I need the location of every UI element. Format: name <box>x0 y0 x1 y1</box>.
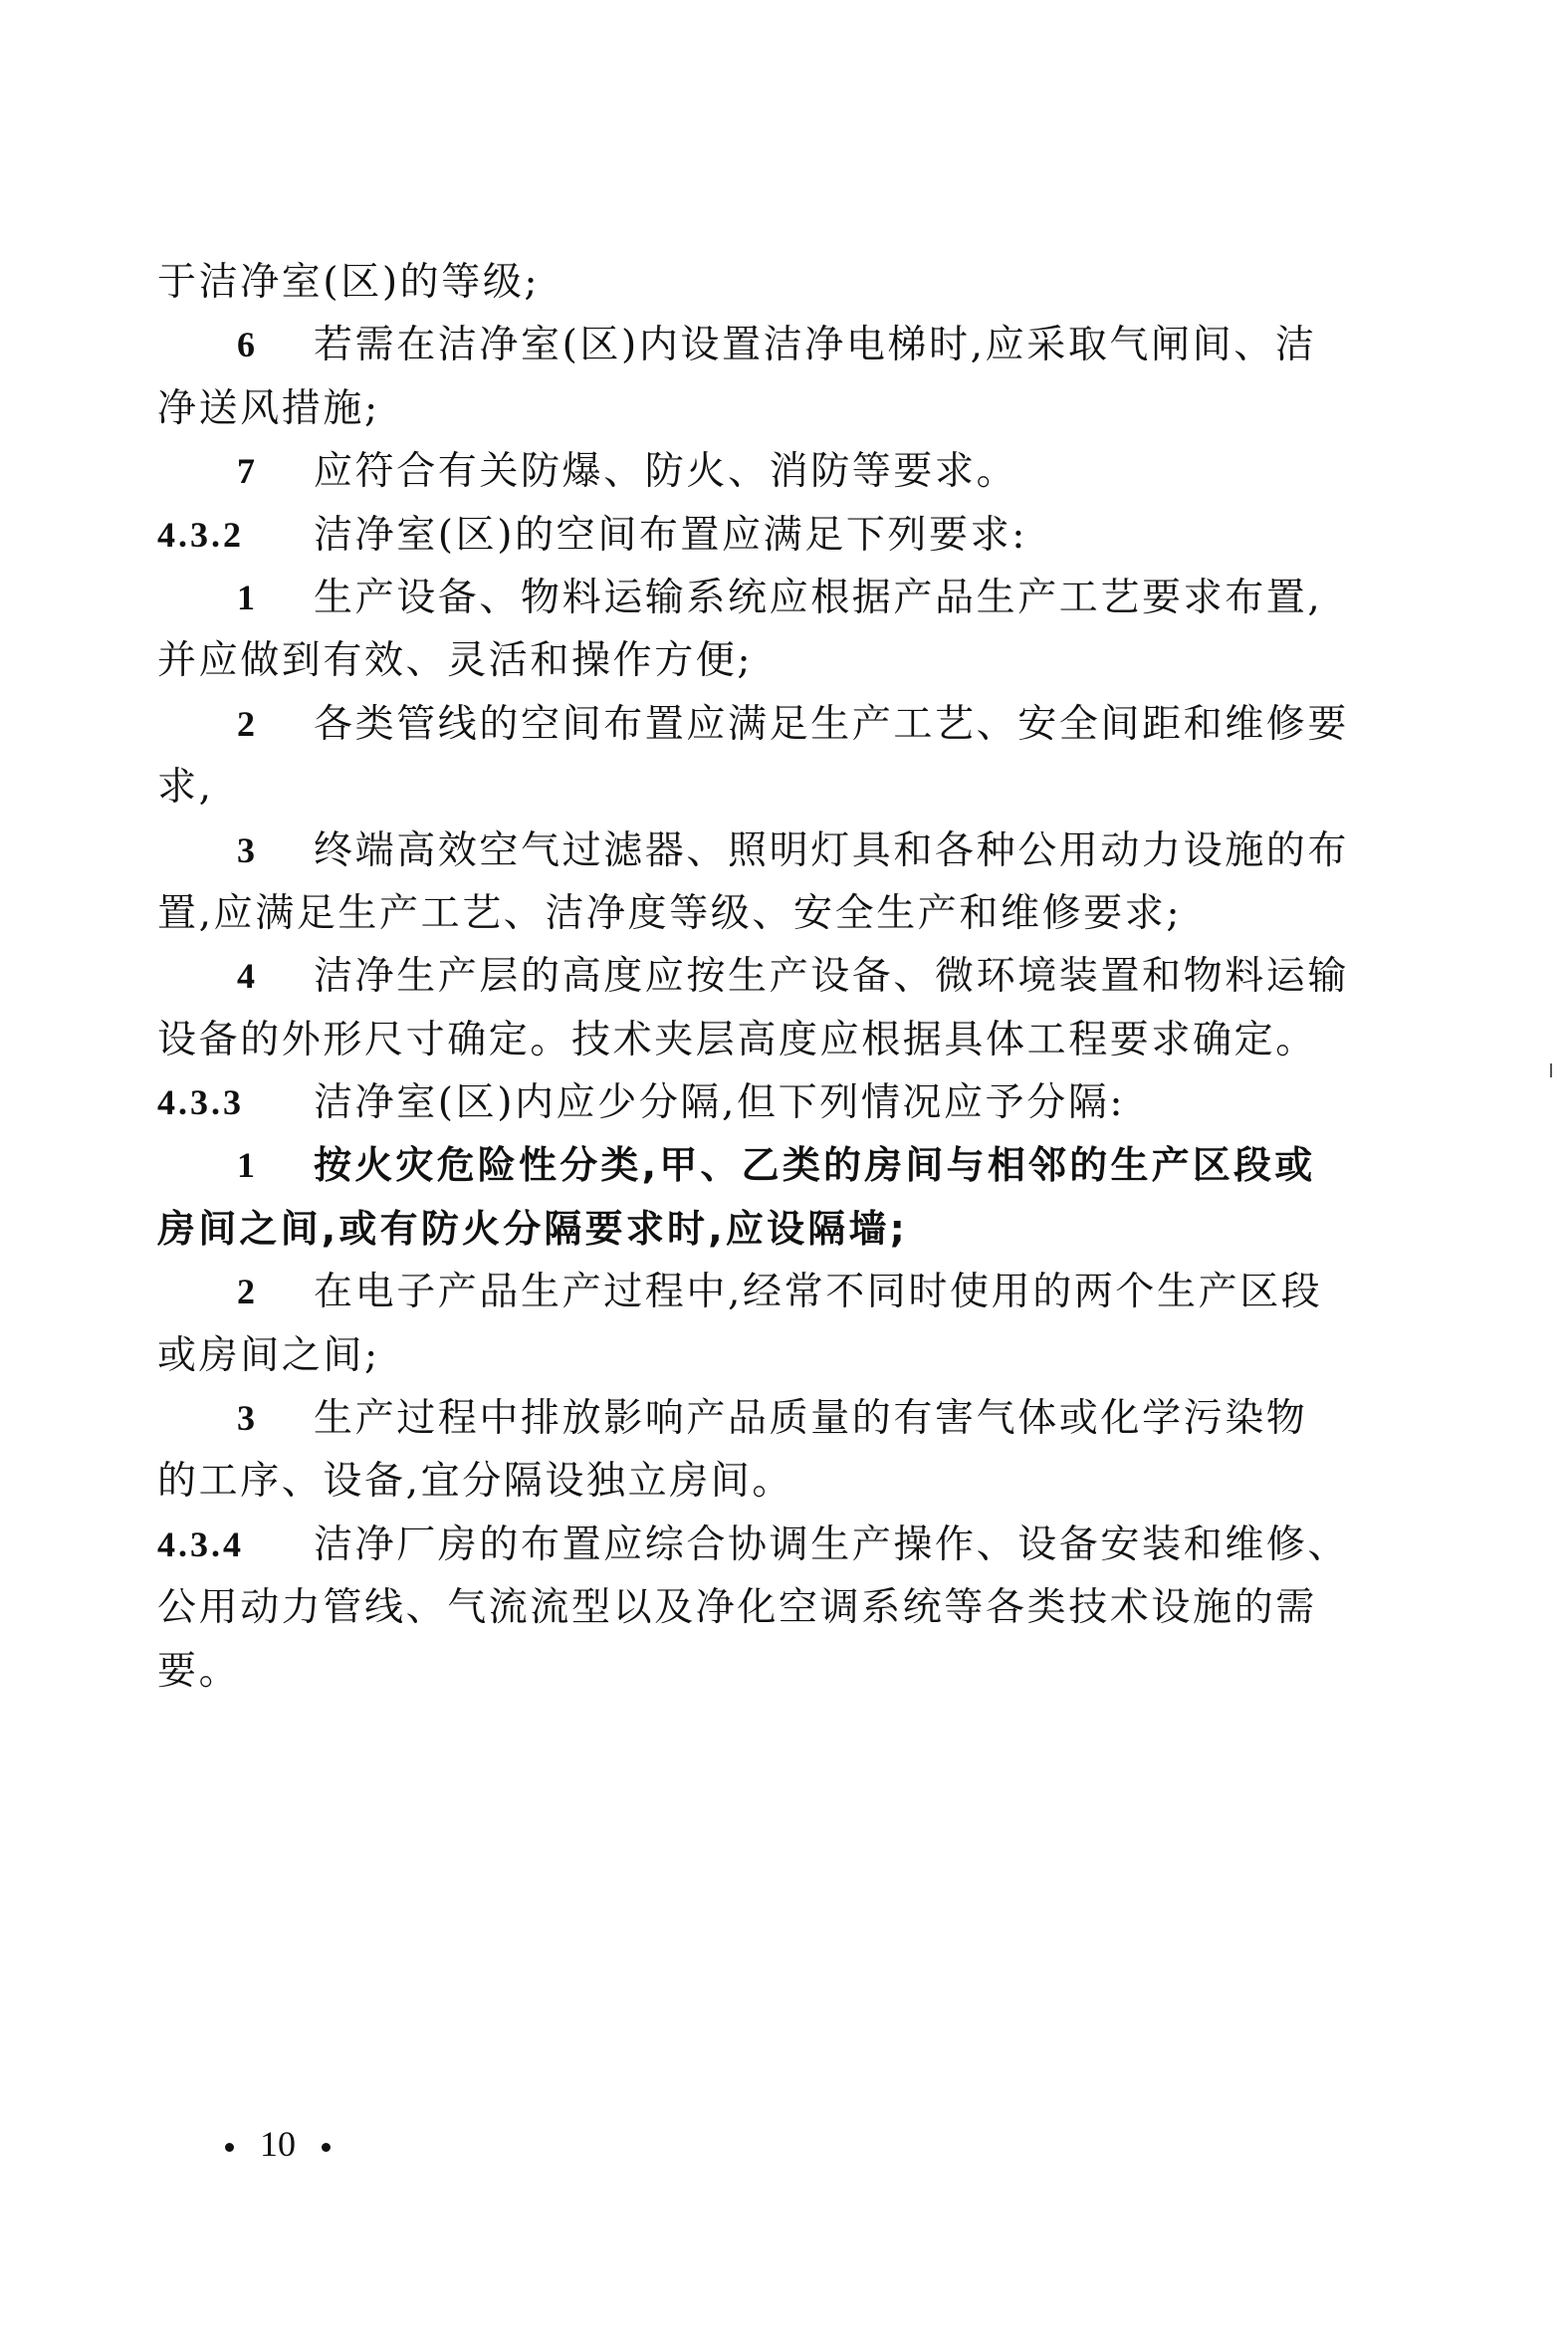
paragraph-continuation-line-mandatory: 房间之间,或有防火分隔要求时,应设隔墙; <box>157 1198 1364 1261</box>
item-number: 2 <box>237 1261 277 1323</box>
line-text: 终端高效空气过滤器、照明灯具和各种公用动力设施的布 <box>314 820 1349 882</box>
list-item-line: 6 若需在洁净室(区)内设置洁净电梯时,应采取气闸间、洁 <box>157 314 1364 376</box>
list-item-line: 3 生产过程中排放影响产品质量的有害气体或化学污染物 <box>157 1387 1364 1450</box>
line-text: 并应做到有效、灵活和操作方便; <box>157 629 753 692</box>
paragraph-continuation-line: 于洁净室(区)的等级; <box>157 251 1364 314</box>
paragraph-continuation-line: 设备的外形尺寸确定。技术夹层高度应根据具体工程要求确定。 <box>157 1009 1364 1071</box>
line-text: 生产设备、物料运输系统应根据产品生产工艺要求布置, <box>314 567 1322 629</box>
list-item-line: 4 洁净生产层的高度应按生产设备、微环境装置和物料运输 <box>157 945 1364 1008</box>
line-text: 求, <box>157 756 214 819</box>
text-block: 于洁净室(区)的等级; 6 若需在洁净室(区)内设置洁净电梯时,应采取气闸间、洁… <box>157 251 1364 1703</box>
list-item-line: 2 各类管线的空间布置应满足生产工艺、安全间距和维修要 <box>157 693 1364 756</box>
line-text: 要。 <box>157 1640 240 1703</box>
item-number: 3 <box>237 820 277 882</box>
page-number: 10 <box>260 2124 296 2164</box>
list-item-line: 1 生产设备、物料运输系统应根据产品生产工艺要求布置, <box>157 567 1364 629</box>
line-text: 洁净室(区)的空间布置应满足下列要求: <box>314 504 1027 567</box>
line-text: 于洁净室(区)的等级; <box>157 251 540 314</box>
line-text: 设备的外形尺寸确定。技术夹层高度应根据具体工程要求确定。 <box>157 1009 1317 1071</box>
item-number: 3 <box>237 1387 277 1450</box>
line-text: 在电子产品生产过程中,经常不同时使用的两个生产区段 <box>314 1261 1322 1323</box>
document-page: 于洁净室(区)的等级; 6 若需在洁净室(区)内设置洁净电梯时,应采取气闸间、洁… <box>0 0 1568 2347</box>
paragraph-continuation-line: 公用动力管线、气流流型以及净化空调系统等各类技术设施的需 <box>157 1576 1364 1639</box>
clause-heading-line: 4.3.4 洁净厂房的布置应综合协调生产操作、设备安装和维修、 <box>157 1514 1364 1576</box>
line-text: 洁净生产层的高度应按生产设备、微环境装置和物料运输 <box>314 945 1349 1008</box>
line-text-bold: 房间之间,或有防火分隔要求时,应设隔墙; <box>157 1198 908 1261</box>
paragraph-continuation-line: 或房间之间; <box>157 1324 1364 1387</box>
paragraph-continuation-line: 净送风措施; <box>157 377 1364 440</box>
line-text: 公用动力管线、气流流型以及净化空调系统等各类技术设施的需 <box>157 1576 1317 1639</box>
item-number: 4 <box>237 945 277 1008</box>
line-text: 应符合有关防爆、防火、消防等要求。 <box>314 440 1017 503</box>
paragraph-continuation-line: 要。 <box>157 1640 1364 1703</box>
item-number: 7 <box>237 440 277 503</box>
line-text: 或房间之间; <box>157 1324 380 1387</box>
list-item-line: 2 在电子产品生产过程中,经常不同时使用的两个生产区段 <box>157 1261 1364 1323</box>
line-text: 生产过程中排放影响产品质量的有害气体或化学污染物 <box>314 1387 1307 1450</box>
line-text: 的工序、设备,宜分隔设独立房间。 <box>157 1450 793 1513</box>
list-item-line: 3 终端高效空气过滤器、照明灯具和各种公用动力设施的布 <box>157 820 1364 882</box>
list-item-line-mandatory: 1 按火灾危险性分类,甲、乙类的房间与相邻的生产区段或 <box>157 1134 1364 1197</box>
clause-number: 4.3.3 <box>157 1071 277 1134</box>
item-number: 6 <box>237 314 277 376</box>
line-text-bold: 按火灾危险性分类,甲、乙类的房间与相邻的生产区段或 <box>314 1134 1315 1197</box>
line-text: 置,应满足生产工艺、洁净度等级、安全生产和维修要求; <box>157 882 1182 945</box>
line-text: 各类管线的空间布置应满足生产工艺、安全间距和维修要 <box>314 693 1349 756</box>
line-text: 洁净室(区)内应少分隔,但下列情况应予分隔: <box>314 1071 1125 1134</box>
scan-artifact-mark <box>1550 1063 1552 1077</box>
paragraph-continuation-line: 求, <box>157 756 1364 819</box>
item-number: 2 <box>237 693 277 756</box>
clause-number: 4.3.4 <box>157 1514 277 1576</box>
page-number-footer: 10 <box>199 2119 356 2169</box>
clause-number: 4.3.2 <box>157 504 277 567</box>
list-item-line: 7 应符合有关防爆、防火、消防等要求。 <box>157 440 1364 503</box>
item-number: 1 <box>237 1134 277 1197</box>
clause-heading-line: 4.3.3 洁净室(区)内应少分隔,但下列情况应予分隔: <box>157 1071 1364 1134</box>
line-text: 若需在洁净室(区)内设置洁净电梯时,应采取气闸间、洁 <box>314 314 1316 376</box>
paragraph-continuation-line: 的工序、设备,宜分隔设独立房间。 <box>157 1450 1364 1513</box>
bullet-dot-icon <box>225 2143 234 2152</box>
paragraph-continuation-line: 置,应满足生产工艺、洁净度等级、安全生产和维修要求; <box>157 882 1364 945</box>
clause-heading-line: 4.3.2 洁净室(区)的空间布置应满足下列要求: <box>157 504 1364 567</box>
bullet-dot-icon <box>322 2143 331 2152</box>
line-text: 洁净厂房的布置应综合协调生产操作、设备安装和维修、 <box>314 1514 1349 1576</box>
line-text: 净送风措施; <box>157 377 380 440</box>
item-number: 1 <box>237 567 277 629</box>
paragraph-continuation-line: 并应做到有效、灵活和操作方便; <box>157 629 1364 692</box>
